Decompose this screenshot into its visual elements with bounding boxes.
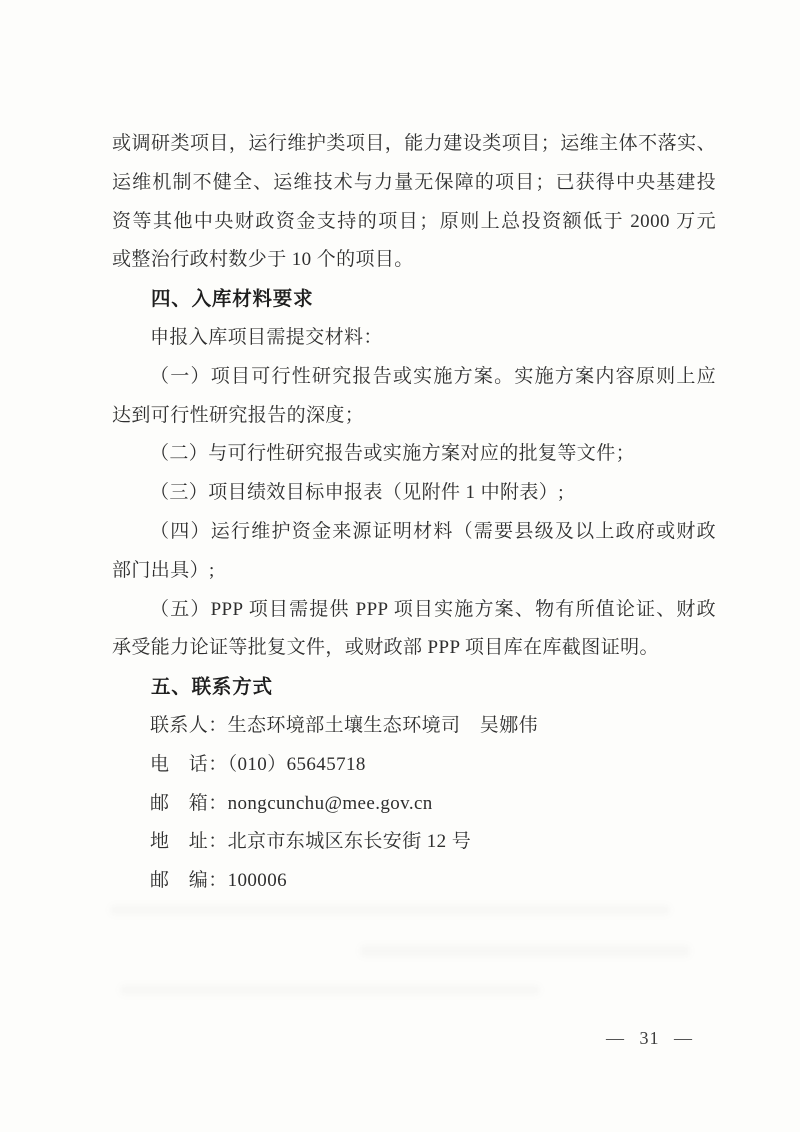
section4-item5-line: （五）PPP 项目需提供 PPP 项目实施方案、物有所值论证、财政 xyxy=(112,591,716,630)
intro-paragraph-line: 资等其他中央财政资金支持的项目；原则上总投资额低于 2000 万元 xyxy=(112,203,716,242)
contact-postcode-line: 邮 编：100006 xyxy=(112,862,716,901)
section4-item2-line: （二）与可行性研究报告或实施方案对应的批复等文件； xyxy=(112,435,716,474)
section4-item4-line: （四）运行维护资金来源证明材料（需要县级及以上政府或财政 xyxy=(112,513,716,552)
contact-phone-line: 电 话：（010）65645718 xyxy=(112,746,716,785)
document-page: 或调研类项目，运行维护类项目，能力建设类项目；运维主体不落实、 运维机制不健全、… xyxy=(0,0,800,1132)
intro-paragraph-line: 或调研类项目，运行维护类项目，能力建设类项目；运维主体不落实、 xyxy=(112,125,716,164)
section4-lead: 申报入库项目需提交材料： xyxy=(112,319,716,358)
section4-item3-line: （三）项目绩效目标申报表（见附件 1 中附表）; xyxy=(112,474,716,513)
section4-item1-line: 达到可行性研究报告的深度； xyxy=(112,397,716,436)
section4-item4-line: 部门出具）; xyxy=(112,552,716,591)
section5-heading: 五、联系方式 xyxy=(112,668,716,707)
contact-address-line: 地 址：北京市东城区东长安街 12 号 xyxy=(112,823,716,862)
section4-item5-line: 承受能力论证等批复文件，或财政部 PPP 项目库在库截图证明。 xyxy=(112,629,716,668)
intro-paragraph-line: 或整治行政村数少于 10 个的项目。 xyxy=(112,241,716,280)
scan-bleed-artifact xyxy=(360,945,690,957)
page-number: — 31 — xyxy=(606,1023,693,1053)
contact-email-line: 邮 箱：nongcunchu@mee.gov.cn xyxy=(112,785,716,824)
scan-bleed-artifact xyxy=(110,905,670,915)
contact-person-line: 联系人：生态环境部土壤生态环境司 吴娜伟 xyxy=(112,707,716,746)
document-body: 或调研类项目，运行维护类项目，能力建设类项目；运维主体不落实、 运维机制不健全、… xyxy=(112,125,716,901)
section4-heading: 四、入库材料要求 xyxy=(112,280,716,319)
intro-paragraph-line: 运维机制不健全、运维技术与力量无保障的项目；已获得中央基建投 xyxy=(112,164,716,203)
section4-item1-line: （一）项目可行性研究报告或实施方案。实施方案内容原则上应 xyxy=(112,358,716,397)
scan-bleed-artifact xyxy=(120,985,540,995)
